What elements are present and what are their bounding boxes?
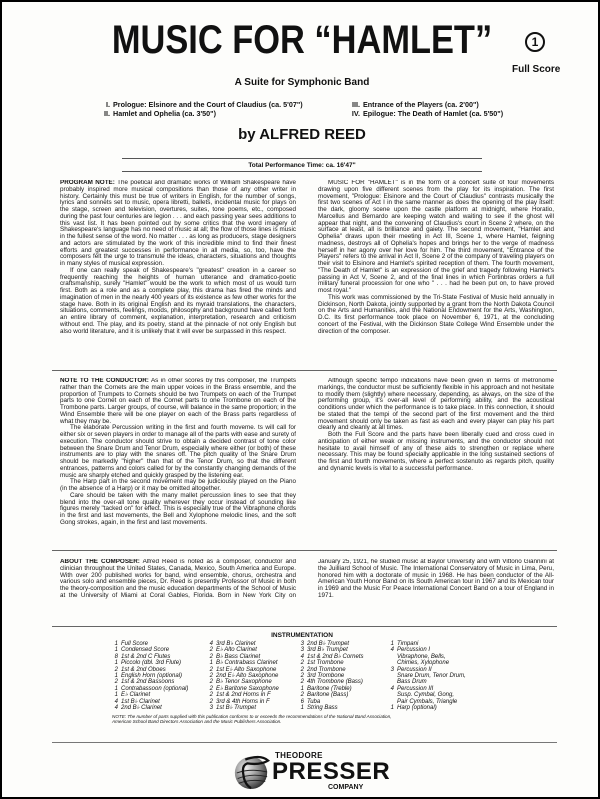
program-note-paragraph: This work was commissioned by the Tri-St… (318, 295, 554, 336)
divider (122, 158, 482, 159)
instrument-item: 31st B♭ Trumpet (205, 705, 279, 711)
movement-item: II.Hamlet and Ophelia (ca. 3'50") (98, 109, 303, 118)
movement-list-right: III.Entrance of the Players (ca. 2'00") … (348, 100, 503, 118)
conductor-note-paragraph: Both the Full Score and the parts have b… (318, 432, 554, 473)
edition-label: Full Score (512, 64, 560, 75)
total-performance-time: Total Performance Time: ca. 16'47" (2, 162, 600, 169)
movement-item: III.Entrance of the Players (ca. 2'00") (348, 100, 503, 109)
part-number-badge: 1 (525, 32, 545, 52)
page-title: MUSIC FOR “HAMLET” (44, 16, 560, 64)
movement-item: IV.Epilogue: The Death of Hamlet (ca. 5'… (348, 109, 503, 118)
parts-note: NOTE: The number of parts supplied with … (112, 714, 391, 724)
divider (52, 742, 557, 743)
about-composer: ABOUT THE COMPOSER: Alfred Reed is noted… (60, 559, 554, 623)
instrument-item: 42nd B♭ Clarinet (110, 705, 188, 711)
divider (52, 370, 557, 371)
program-note-paragraph: PROGRAM NOTE: The poetical and dramatic … (60, 180, 296, 268)
instrumentation-column-4: 1Timpani 4Percussion I Vibraphone, Bells… (386, 641, 466, 711)
subtitle: A Suite for Symphonic Band (2, 77, 600, 88)
conductor-note-right: Although specific tempo indications have… (318, 378, 554, 538)
divider (122, 171, 482, 172)
program-note-left: PROGRAM NOTE: The poetical and dramatic … (60, 180, 296, 368)
publisher-logo: THEODORE PRESSER COMPANY (232, 746, 392, 796)
instrumentation-title: INSTRUMENTATION (2, 632, 600, 639)
conductor-note-paragraph: NOTE TO THE CONDUCTOR: As in other score… (60, 378, 296, 425)
conductor-note-left: NOTE TO THE CONDUCTOR: As in other score… (60, 378, 296, 538)
instrumentation-column-3: 32nd B♭ Trumpet 33rd B♭ Trumpet 41st & 2… (296, 641, 364, 711)
conductor-note-paragraph: The Harp part in the second movement may… (60, 479, 296, 493)
instrument-item: 1String Bass (296, 705, 364, 711)
divider (52, 550, 557, 551)
movement-item: I.Prologue: Elsinore and the Court of Cl… (98, 100, 303, 109)
program-note-paragraph: If one can really speak of Shakespeare's… (60, 268, 296, 336)
conductor-note-paragraph: Although specific tempo indications have… (318, 378, 554, 432)
conductor-note-paragraph: The elaborate Percussion writing in the … (60, 425, 296, 479)
program-note-right: MUSIC FOR "HAMLET" is in the form of a c… (318, 180, 554, 368)
score-cover-page: MUSIC FOR “HAMLET” 1 Full Score A Suite … (2, 2, 598, 797)
instrument-item: 1Harp (optional) (386, 705, 466, 711)
divider (52, 626, 557, 627)
movement-list-left: I.Prologue: Elsinore and the Court of Cl… (98, 100, 303, 118)
composer-paragraph: ABOUT THE COMPOSER: Alfred Reed is noted… (60, 559, 554, 600)
composer-byline: by ALFRED REED (2, 126, 600, 143)
publisher-name-line2: PRESSER (272, 758, 390, 786)
program-note-paragraph: MUSIC FOR "HAMLET" is in the form of a c… (318, 180, 554, 295)
conductor-note-paragraph: Care should be taken with the many malle… (60, 493, 296, 527)
globe-icon (232, 752, 270, 790)
instrumentation-column-2: 43rd B♭ Clarinet 2E♭ Alto Clarinet 2B♭ B… (205, 641, 279, 711)
publisher-name-line3: COMPANY (328, 784, 363, 791)
instrumentation-column-1: 1Full Score 1Condensed Score 81st & 2nd … (110, 641, 188, 711)
